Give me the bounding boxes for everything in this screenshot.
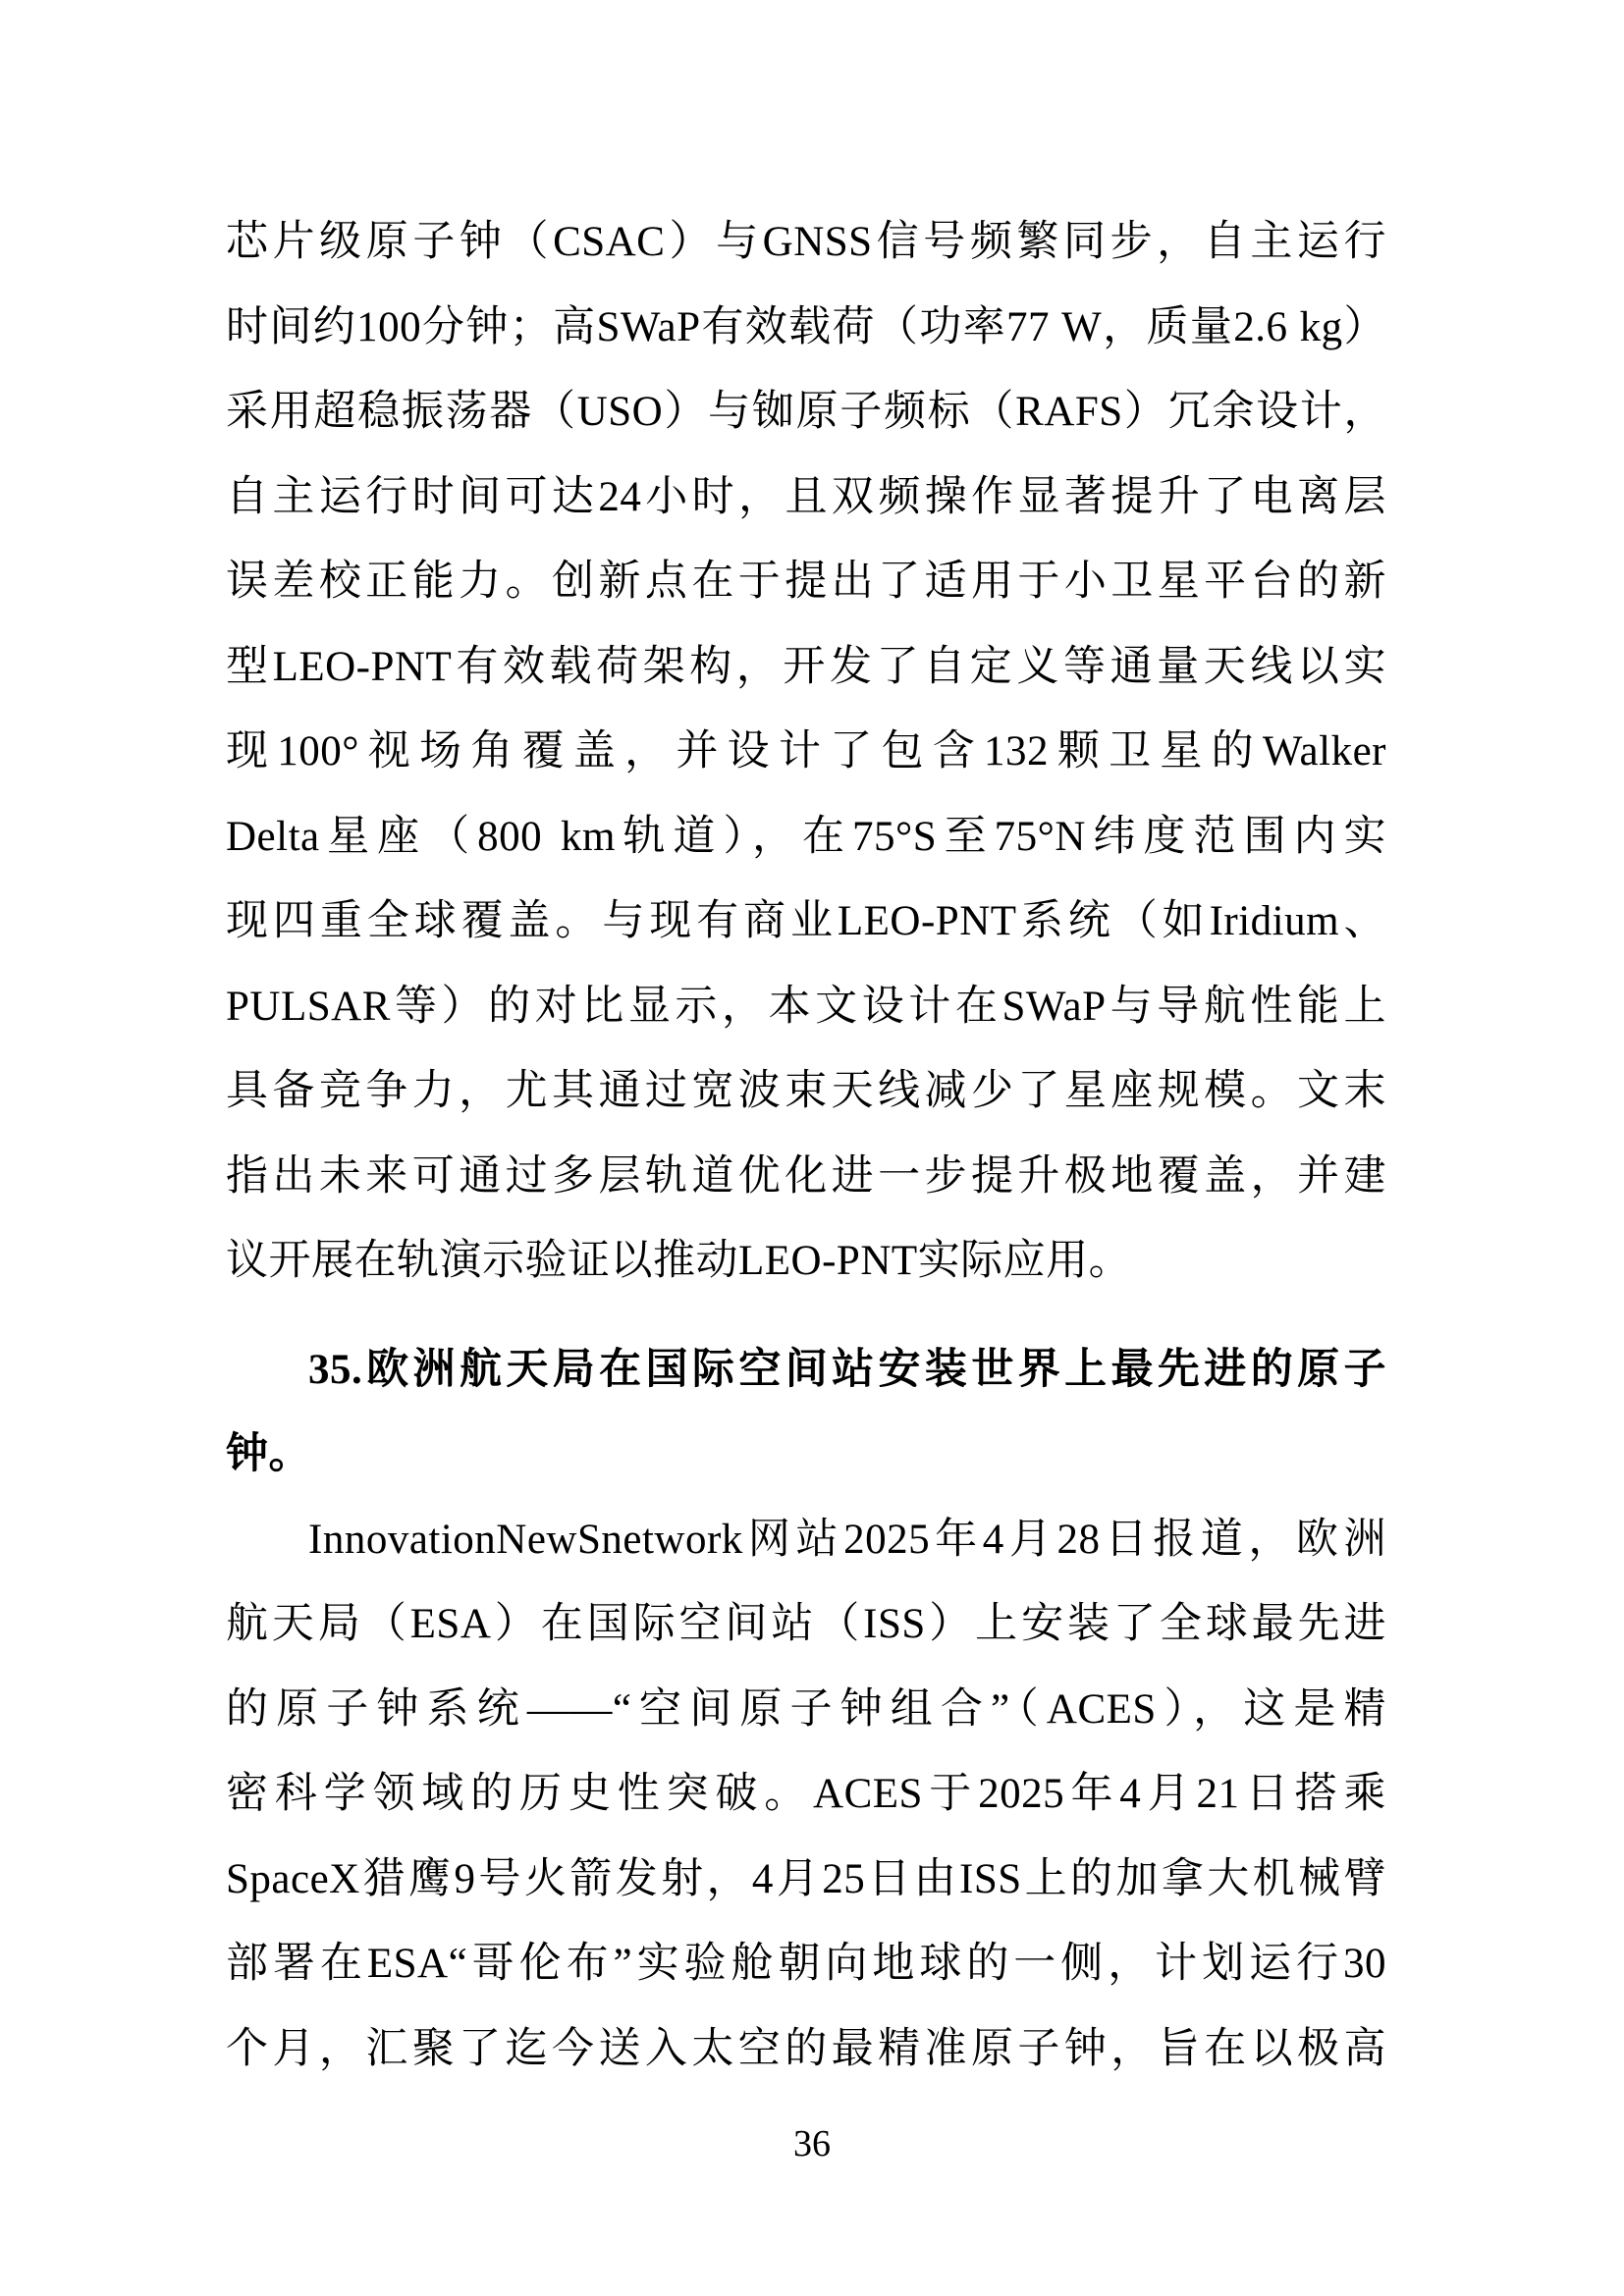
text-line: 时间约100分钟；高SWaP有效载荷（功率77 W，质量2.6 kg） [226, 286, 1386, 371]
text-line: 具备竞争力，尤其通过宽波束天线减少了星座规模。文末 [226, 1049, 1386, 1135]
text-block: 芯片级原子钟（CSAC）与GNSS信号频繁同步，自主运行 时间约100分钟；高S… [226, 200, 1386, 2092]
text-line: InnovationNewSnetwork网站2025年4月28日报道，欧洲 [226, 1498, 1386, 1583]
page-number: 36 [0, 2120, 1624, 2167]
document-page: 芯片级原子钟（CSAC）与GNSS信号频繁同步，自主运行 时间约100分钟；高S… [0, 0, 1624, 2296]
text-line: 密科学领域的历史性突破。ACES于2025年4月21日搭乘 [226, 1752, 1386, 1838]
text-line: PULSAR等）的对比显示，本文设计在SWaP与导航性能上 [226, 965, 1386, 1050]
text-line: 采用超稳振荡器（USO）与铷原子频标（RAFS）冗余设计， [226, 370, 1386, 455]
text-line: 现100°视场角覆盖，并设计了包含132颗卫星的Walker [226, 710, 1386, 795]
text-line: 自主运行时间可达24小时，且双频操作显著提升了电离层 [226, 455, 1386, 541]
section-heading-35: 35.欧洲航天局在国际空间站安装世界上最先进的原子 钟。 [226, 1328, 1386, 1498]
text-line: 个月，汇聚了迄今送入太空的最精准原子钟，旨在以极高 [226, 2007, 1386, 2093]
text-line: 指出未来可通过多层轨道优化进一步提升极地覆盖，并建 [226, 1135, 1386, 1220]
text-line: 航天局（ESA）在国际空间站（ISS）上安装了全球最先进 [226, 1582, 1386, 1668]
text-line: 芯片级原子钟（CSAC）与GNSS信号频繁同步，自主运行 [226, 200, 1386, 286]
text-line: 的原子钟系统——“空间原子钟组合”（ACES），这是精 [226, 1668, 1386, 1753]
text-line: 现四重全球覆盖。与现有商业LEO-PNT系统（如Iridium、 [226, 880, 1386, 965]
text-line: SpaceX猎鹰9号火箭发射，4月25日由ISS上的加拿大机械臂 [226, 1838, 1386, 1923]
paragraph-aces: InnovationNewSnetwork网站2025年4月28日报道，欧洲 航… [226, 1498, 1386, 2093]
heading-line: 35.欧洲航天局在国际空间站安装世界上最先进的原子 [226, 1328, 1386, 1414]
paragraph-leo-pnt: 芯片级原子钟（CSAC）与GNSS信号频繁同步，自主运行 时间约100分钟；高S… [226, 200, 1386, 1305]
text-line: 部署在ESA“哥伦布”实验舱朝向地球的一侧，计划运行30 [226, 1922, 1386, 2007]
text-line: 型LEO-PNT有效载荷架构，开发了自定义等通量天线以实 [226, 625, 1386, 711]
text-line: Delta星座（800 km轨道），在75°S至75°N纬度范围内实 [226, 795, 1386, 881]
text-line: 误差校正能力。创新点在于提出了适用于小卫星平台的新 [226, 540, 1386, 625]
text-line: 议开展在轨演示验证以推动LEO-PNT实际应用。 [226, 1219, 1386, 1305]
heading-line: 钟。 [226, 1413, 1386, 1498]
